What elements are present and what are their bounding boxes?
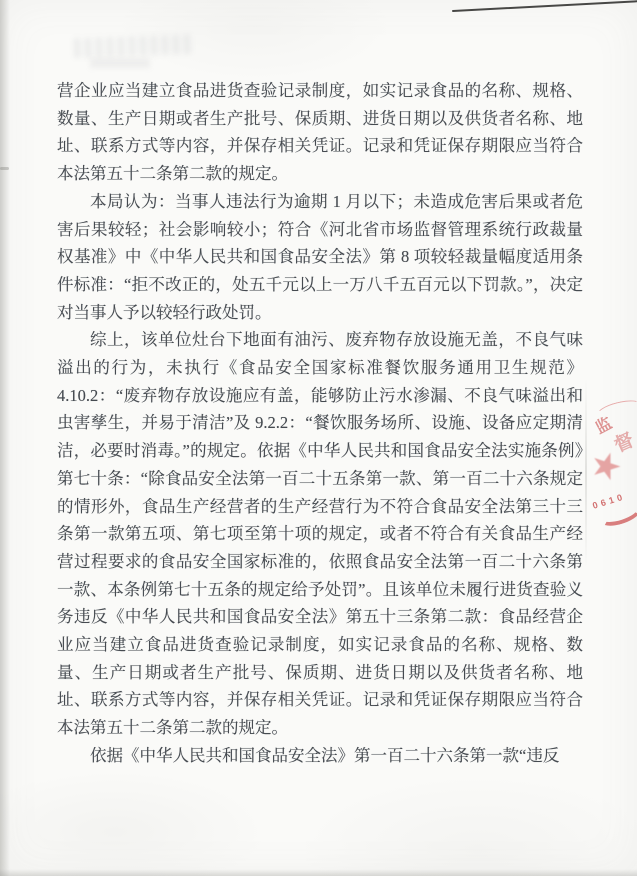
ghost-text-smudge-2 (90, 58, 150, 68)
document-body-text: 营企业应当建立食品进货查验记录制度，如实记录食品的名称、规格、数量、生产日期或者… (57, 77, 583, 770)
official-seal-fragment: 监 督 ★ 0610 (588, 396, 637, 536)
paragraph-bureau-opinion: 本局认为：当事人违法行为逾期 1 月以下；未造成危害后果或者危害后果较轻；社会影… (57, 188, 583, 327)
left-edge-mark (0, 167, 9, 170)
scanned-document-page: 营企业应当建立食品进货查验记录制度，如实记录食品的名称、规格、数量、生产日期或者… (0, 0, 637, 876)
paragraph-summary-findings: 综上，该单位灶台下地面有油污、废弃物存放设施无盖，不良气味溢出的行为，未执行《食… (57, 326, 583, 742)
bottom-edge-shadow (0, 869, 637, 876)
scan-edge-line (452, 0, 637, 12)
paragraph-legal-basis: 依据《中华人民共和国食品安全法》第一百二十六条第一款“违反 (57, 742, 583, 770)
star-icon: ★ (585, 444, 627, 488)
paragraph-continuation: 营企业应当建立食品进货查验记录制度，如实记录食品的名称、规格、数量、生产日期或者… (57, 77, 583, 188)
ghost-text-smudge (74, 34, 195, 58)
left-edge-shadow (0, 0, 10, 876)
